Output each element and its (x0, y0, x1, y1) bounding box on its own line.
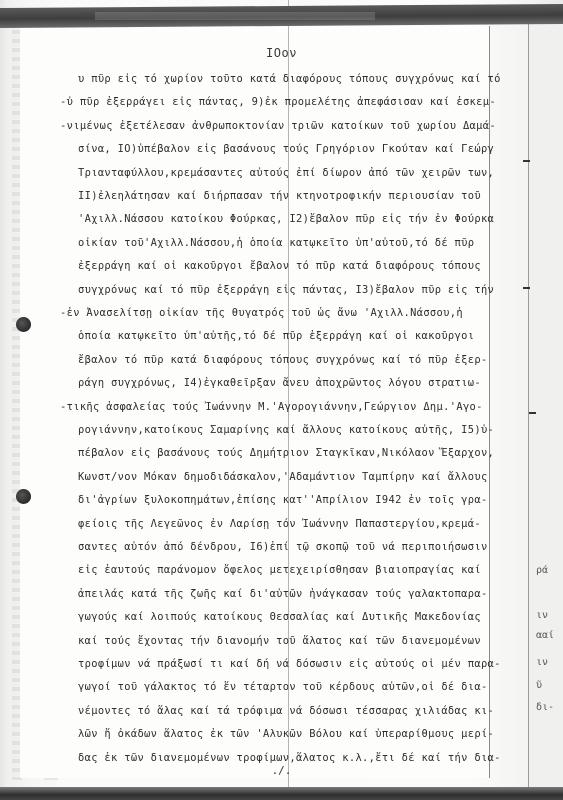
text-line: πέβαλον εἰς βασάνους τούς Δημήτριον Σταγ… (78, 447, 494, 459)
text-line: σαντες αὐτόν ἀπό δένδρου, I6)ἐπί τῷ σκοπ… (78, 541, 488, 553)
text-line: -νιμένως ἐξετέλεσαν ἀνθρωποκτονίαν τριῶν… (60, 120, 496, 132)
scan-top-highlight (95, 12, 375, 20)
text-line: -ὐ πῦρ ἐξερράγει εἰς πάντας, 9)ἐκ προμελ… (60, 96, 496, 108)
margin-tick (523, 160, 530, 162)
text-line: τροφίμων νά πράξωσί τι καί δή νά δόσωσιν… (78, 658, 501, 670)
text-line: λῶν ἤ ὀκάδων ἅλατος ἐκ τῶν 'Αλυκῶν Βόλου… (78, 728, 494, 740)
text-line: ἐξερράγη καί οἱ κακοῦργοι ἔβαλον τό πῦρ … (78, 260, 481, 272)
margin-tick (529, 412, 536, 414)
text-line: ράγη συγχρόνως, I4)ἐγκαθεῖρξαν ἄνευ ἀποχ… (78, 377, 481, 389)
text-line: ἔβαλον τό πῦρ κατά διαφόρους τόπους συγχ… (78, 354, 488, 366)
margin-tick (523, 287, 530, 289)
continuation-mark: ./. (0, 764, 563, 777)
margin-fragment: δι- (536, 702, 554, 713)
margin-fragment: ρά (536, 565, 548, 576)
text-line: υ πῦρ εἰς τό χωρίον τοῦτο κατά διαφόρους… (78, 73, 501, 85)
text-line: II)ἐλεηλάτησαν καί διήρπασαν τήν κτηνοτρ… (78, 190, 481, 202)
text-line: γωγοί τοῦ γάλακτος τό ἕν τέταρτον τοῦ κέ… (78, 681, 488, 693)
scan-bottom-edge (0, 787, 563, 800)
text-line: καί τούς ἔχοντας τήν διανομήν τοῦ ἅλατος… (78, 635, 481, 647)
text-line: δι'ἀγρίων ξυλοκοπημάτων,ἐπίσης κατ''Απρί… (78, 494, 488, 506)
text-line: -τικῆς ἀσφαλείας τούς Ἰωάννην Μ.'Αγορογι… (60, 401, 483, 413)
text-line: ὁποία κατῳκεῖτο ὑπ'αὐτῆς,τό δέ πῦρ ἐξερρ… (78, 330, 474, 342)
margin-fragment: ῦ (536, 680, 542, 691)
punch-hole-icon (16, 489, 31, 504)
margin-fragment: ιν (536, 610, 548, 621)
text-line: -ἐν Ἀνασελίτσῃ οἰκίαν τῆς θυγατρός τοῦ ὡ… (60, 307, 463, 319)
text-line: 'Αχιλλ.Νάσσου κατοίκου Φούρκας, I2)ἔβαλο… (78, 213, 494, 225)
text-line: Τριανταφύλλου,κρεμάσαντες αὐτούς ἐπί δίω… (78, 167, 494, 179)
page-number: IOον (0, 46, 563, 60)
text-line: συγχρόνως καί τό πῦρ ἐξερράγη εἰς πάντας… (78, 284, 494, 296)
text-line: φείοις τῆς Λεγεῶνος ἐν Λαρίσῃ τόν Ἰωάννη… (78, 518, 481, 530)
margin-fragment: ααί (536, 630, 554, 641)
text-line: Κωνστ/νον Μόκαν δημοδιδάσκαλον,'Αδαμάντι… (78, 471, 488, 483)
margin-fragment: ιν (536, 657, 548, 668)
text-line: σίνα, IO)ὑπέβαλον εἰς βασάνους τούς Γρηγ… (78, 143, 494, 155)
text-line: εἰς ἑαυτούς παράνομον ὄφελος μετεχειρίσθ… (78, 564, 481, 576)
adjacent-page-edge (528, 20, 563, 790)
text-line: νέμοντες τό ἅλας καί τά τρόφιμα νά δόσωσ… (78, 705, 494, 717)
punch-hole-icon (16, 317, 31, 332)
text-line: ρογιάννην,κατοίκους Σαμαρίνης καί ἄλλους… (78, 424, 494, 436)
text-line: γωγούς καί λοιπούς κατοίκους Θεσσαλίας κ… (78, 611, 481, 623)
text-line: οἰκίαν τοῦ'Αχιλλ.Νάσσου,ἡ ὁποία κατῳκεῖτ… (78, 237, 474, 249)
text-line: δας ἐκ τῶν διανεμομένων τροφίμων,ἅλατος … (78, 752, 501, 764)
text-line: ἀπειλάς κατά τῆς ζωῆς καί δι'αὐτῶν ἠνάγκ… (78, 588, 488, 600)
